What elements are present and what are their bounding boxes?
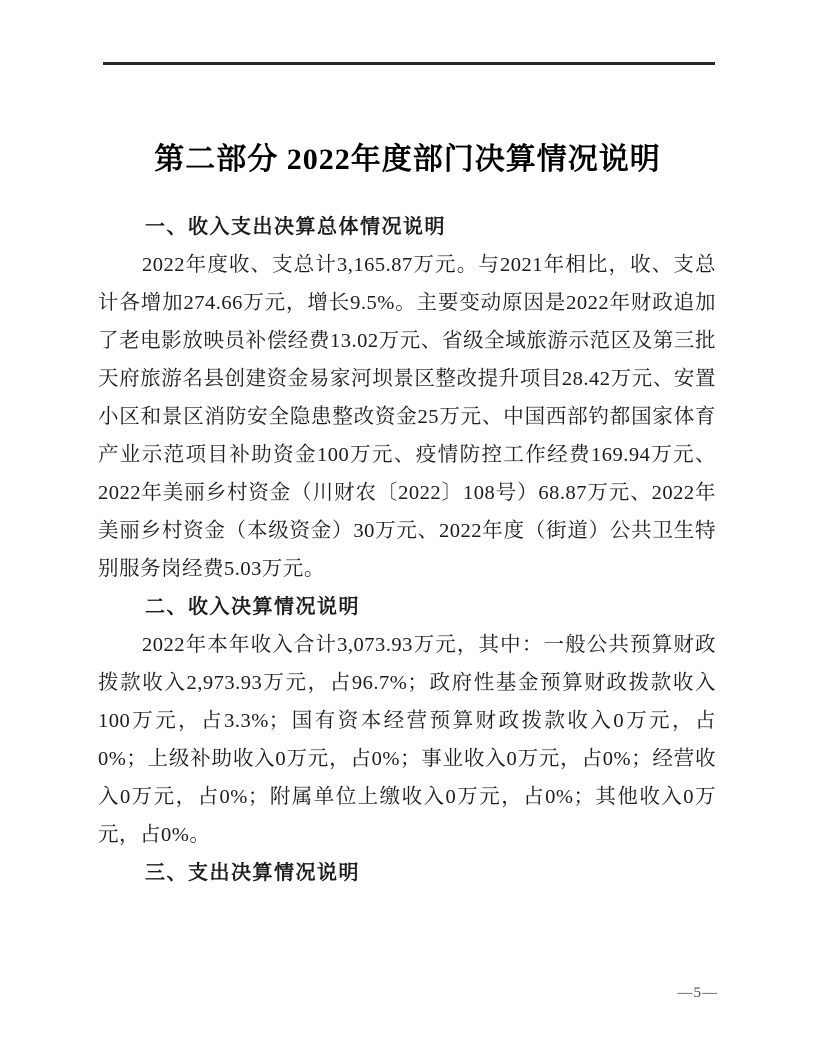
page-number: —5— <box>678 984 719 1002</box>
document-content: 一、收入支出决算总体情况说明 2022年度收、支总计3,165.87万元。与20… <box>98 208 716 892</box>
section-heading: 一、收入支出决算总体情况说明 <box>98 208 716 246</box>
section-heading: 二、收入决算情况说明 <box>98 588 716 626</box>
page-title: 第二部分 2022年度部门决算情况说明 <box>0 0 815 180</box>
section-revenue-details: 二、收入决算情况说明 2022年本年收入合计3,073.93万元，其中：一般公共… <box>98 588 716 854</box>
header-rule <box>103 62 715 65</box>
section-heading: 三、支出决算情况说明 <box>98 854 716 892</box>
section-overall-revenue-expenditure: 一、收入支出决算总体情况说明 2022年度收、支总计3,165.87万元。与20… <box>98 208 716 588</box>
document-page: 第二部分 2022年度部门决算情况说明 一、收入支出决算总体情况说明 2022年… <box>0 0 815 1055</box>
section-body: 2022年本年收入合计3,073.93万元，其中：一般公共预算财政拨款收入2,9… <box>98 626 716 854</box>
section-expenditure-details: 三、支出决算情况说明 <box>98 854 716 892</box>
section-body: 2022年度收、支总计3,165.87万元。与2021年相比，收、支总计各增加2… <box>98 246 716 588</box>
